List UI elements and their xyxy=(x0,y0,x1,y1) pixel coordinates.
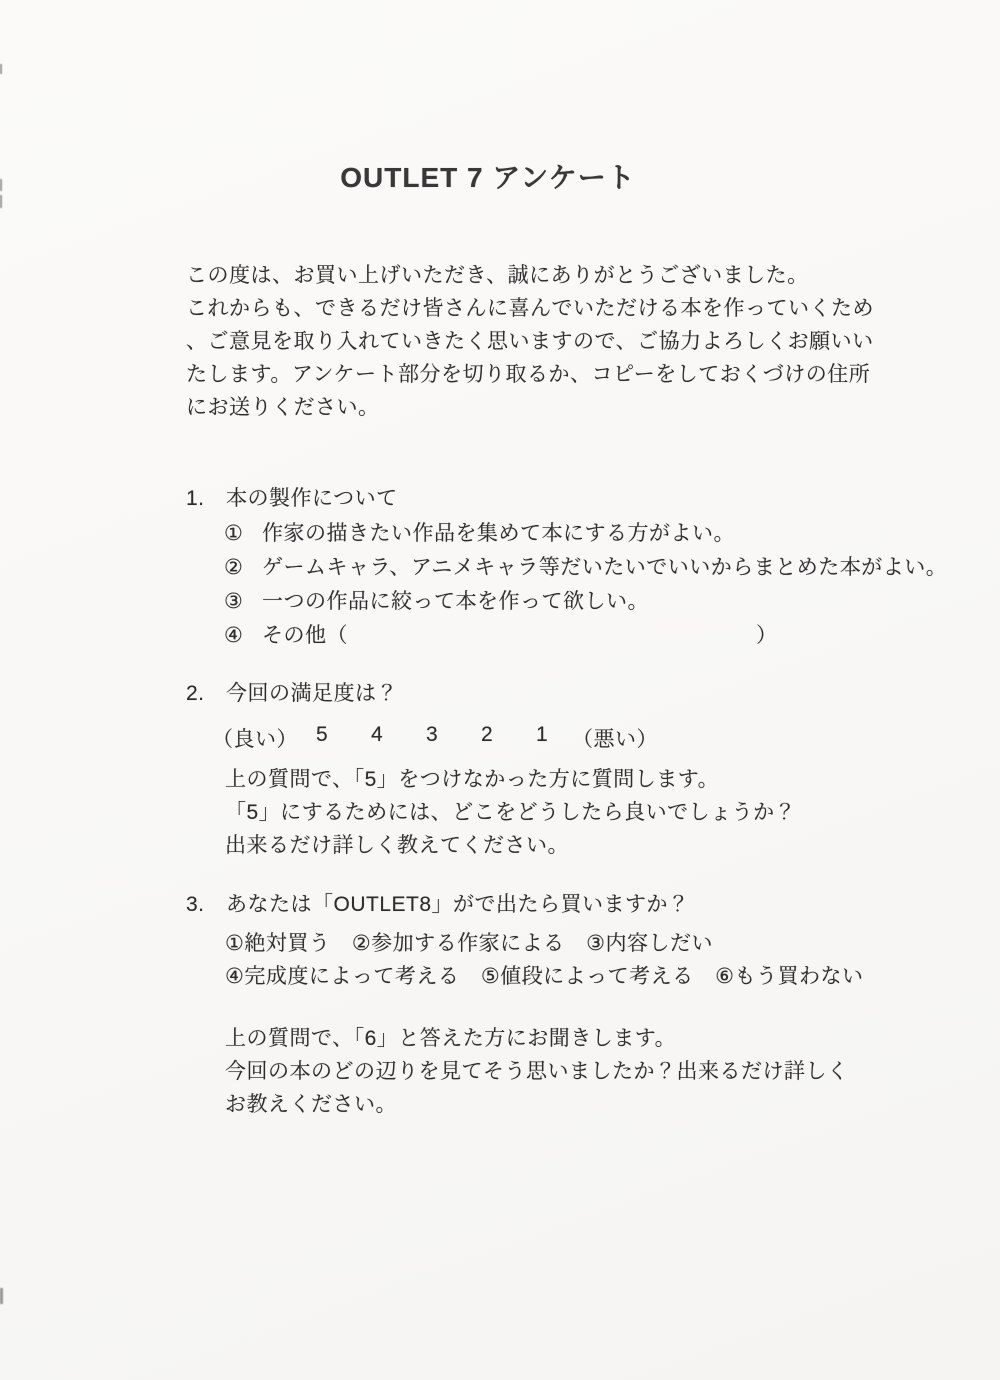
question-3-followup: 上の質問で、「6」と答えた方にお聞きします。 今回の本のどの辺りを見てそう思いま… xyxy=(225,1022,925,1121)
followup-line: 「5」にするためには、どこをどうしたら良いでしょうか？ xyxy=(225,796,925,829)
intro-line: 、ご意見を取り入れていきたく思いますので、ご協力よろしくお願いい xyxy=(186,325,886,358)
closing-paren: ） xyxy=(756,619,778,649)
followup-line: 上の質問で、「6」と答えた方にお聞きします。 xyxy=(225,1022,925,1055)
intro-line: にお送りください。 xyxy=(186,391,886,424)
scale-value-1: 1 xyxy=(536,723,548,747)
scan-edge-artifact xyxy=(0,1288,3,1304)
scale-bad-label: （悪い） xyxy=(572,723,658,753)
question-2-heading: 2. 今回の満足度は？ xyxy=(186,681,398,707)
followup-line: 上の質問で、「5」をつけなかった方に質問します。 xyxy=(225,763,925,796)
followup-line: お教えください。 xyxy=(225,1088,925,1121)
scale-value-2: 2 xyxy=(481,723,493,747)
question-1-option-2: ② ゲームキャラ、アニメキャラ等だいたいでいいからまとめた本がよい。 xyxy=(224,551,924,585)
scale-good-label: （良い） xyxy=(212,723,298,753)
question-1-option-4: ④ その他（ ） xyxy=(224,619,924,653)
question-3-heading: 3. あなたは「OUTLET8」がで出たら買いますか？ xyxy=(186,892,690,918)
intro-line: これからも、できるだけ皆さんに喜んでいただける本を作っていくため xyxy=(186,292,886,325)
question-2-followup: 上の質問で、「5」をつけなかった方に質問します。 「5」にするためには、どこをど… xyxy=(225,763,925,862)
option-text: 一つの作品に絞って本を作って欲しい。 xyxy=(262,585,649,615)
question-3-options: ①絶対買う ②参加する作家による ③内容しだい ④完成度によって考える ⑤値段に… xyxy=(225,927,925,993)
question-1-heading: 1. 本の製作について xyxy=(186,486,398,512)
question-3-options-line-1: ①絶対買う ②参加する作家による ③内容しだい xyxy=(225,927,925,960)
option-text: その他（ xyxy=(262,619,348,649)
question-1-option-3: ③ 一つの作品に絞って本を作って欲しい。 xyxy=(224,585,924,619)
scan-edge-artifact xyxy=(0,64,2,74)
question-3-options-line-2: ④完成度によって考える ⑤値段によって考える ⑥もう買わない xyxy=(225,960,925,993)
question-1-option-1: ① 作家の描きたい作品を集めて本にする方がよい。 xyxy=(224,517,924,551)
scan-edge-artifact xyxy=(0,195,2,208)
scanned-questionnaire-page: OUTLET 7 アンケート この度は、お買い上げいただき、誠にありがとうござい… xyxy=(0,0,1000,1380)
circled-number-4-icon: ④ xyxy=(224,623,250,648)
page-title: OUTLET 7 アンケート xyxy=(0,156,988,196)
followup-line: 出来るだけ詳しく教えてください。 xyxy=(225,829,925,862)
intro-line: たします。アンケート部分を切り取るか、コピーをしておくづけの住所 xyxy=(186,358,886,391)
option-text: 作家の描きたい作品を集めて本にする方がよい。 xyxy=(262,517,735,547)
circled-number-2-icon: ② xyxy=(224,555,250,580)
question-1-options: ① 作家の描きたい作品を集めて本にする方がよい。 ② ゲームキャラ、アニメキャラ… xyxy=(224,517,924,653)
scale-value-5: 5 xyxy=(316,723,328,747)
circled-number-1-icon: ① xyxy=(224,521,250,546)
intro-line: この度は、お買い上げいただき、誠にありがとうございました。 xyxy=(186,259,886,292)
followup-line: 今回の本のどの辺りを見てそう思いましたか？出来るだけ詳しく xyxy=(225,1055,925,1088)
circled-number-3-icon: ③ xyxy=(224,589,250,614)
scale-value-3: 3 xyxy=(426,723,438,747)
satisfaction-scale: （良い） 5 4 3 2 1 （悪い） xyxy=(0,723,1000,753)
scale-value-4: 4 xyxy=(371,723,383,747)
option-text: ゲームキャラ、アニメキャラ等だいたいでいいからまとめた本がよい。 xyxy=(262,551,947,581)
intro-paragraph: この度は、お買い上げいただき、誠にありがとうございました。 これからも、できるだ… xyxy=(186,259,886,424)
